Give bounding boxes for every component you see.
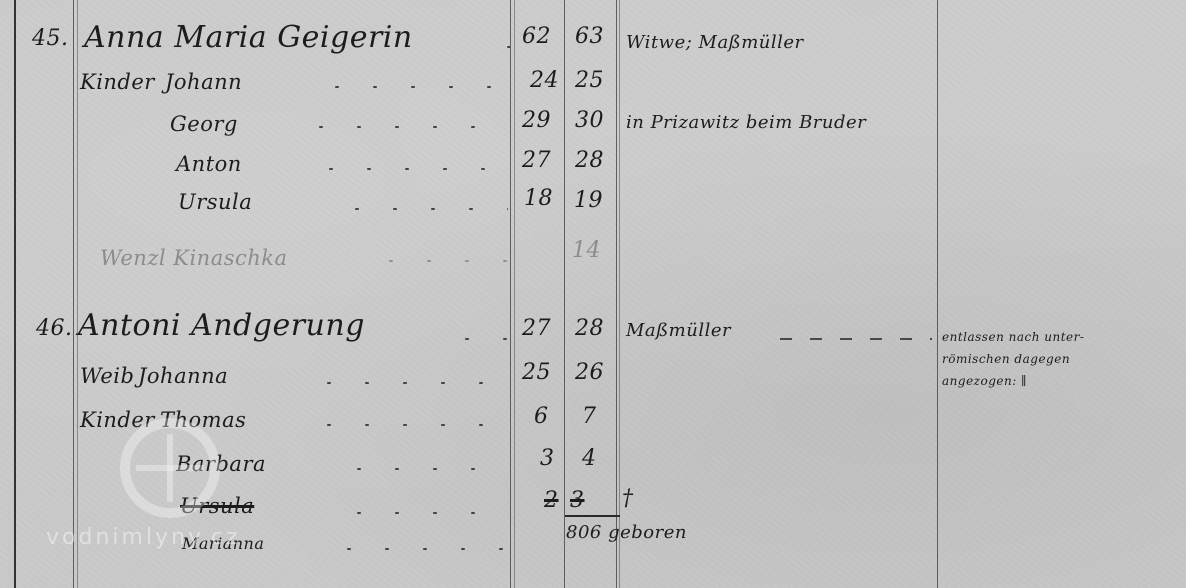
age-b-column-rule — [616, 0, 617, 588]
watermark-text: vodnimlyny.cz — [46, 525, 241, 550]
leader-dots — [490, 44, 510, 50]
member-role: Weib — [80, 364, 134, 388]
leader-dots — [302, 124, 508, 130]
leader-dashes — [780, 338, 932, 340]
number-column-rule-double — [77, 0, 78, 588]
leader-dots — [338, 206, 508, 212]
entry-number: 46. — [36, 316, 73, 341]
watermark-wheel-icon — [120, 418, 220, 518]
age-b: 30 — [575, 108, 604, 133]
age-b: 28 — [575, 148, 604, 173]
age-a: 25 — [522, 360, 551, 385]
age-a: 62 — [522, 24, 551, 49]
deceased-cross-icon: † — [622, 486, 634, 511]
birth-note: 806 geboren — [566, 522, 687, 543]
entry-number: 45. — [32, 26, 69, 51]
leader-dots — [340, 466, 508, 472]
age-b-column-rule-double — [619, 0, 620, 588]
name-column-rule-double — [514, 0, 515, 588]
age-b: 25 — [575, 68, 604, 93]
remarks-note: entlassen nach unter- römischen dagegen … — [942, 326, 1084, 392]
age-a: 27 — [522, 148, 551, 173]
remarks-line: angezogen: ∥ — [942, 370, 1084, 392]
head-name: Anna Maria Geigerin — [84, 20, 413, 55]
register-page: 45. Anna Maria Geigerin 62 63 Witwe; Maß… — [0, 0, 1186, 588]
age-a: 24 — [530, 68, 559, 93]
head-name: Antoni Andgerung — [78, 308, 365, 343]
age-a-struck: 2 — [544, 488, 559, 513]
member-name: Anton — [176, 152, 242, 176]
age-b: 28 — [575, 316, 604, 341]
age-a-column-rule — [564, 0, 565, 588]
occupation-note: Witwe; Maßmüller — [626, 32, 804, 53]
age-a: 27 — [522, 316, 551, 341]
residence-note: in Prizawitz beim Bruder — [626, 112, 866, 133]
remarks-column-rule — [937, 0, 938, 588]
entry-divider — [565, 515, 620, 517]
number-column-rule — [73, 0, 74, 588]
age-a: 6 — [534, 404, 549, 429]
member-name: Ursula — [178, 190, 252, 214]
faded-addition-name: Wenzl Kinaschka — [100, 246, 288, 270]
leader-dots — [330, 546, 508, 552]
age-b: 14 — [572, 238, 601, 263]
occupation-note: Maßmüller — [626, 320, 731, 341]
age-b: 7 — [582, 404, 597, 429]
leader-dots — [340, 510, 508, 516]
leader-dots — [310, 380, 508, 386]
leader-dots — [372, 258, 508, 264]
age-a: 3 — [540, 446, 555, 471]
leader-dots — [318, 84, 508, 90]
age-a: 29 — [522, 108, 551, 133]
remarks-line: römischen dagegen — [942, 348, 1084, 370]
leader-dots — [310, 422, 508, 428]
name-column-rule — [510, 0, 511, 588]
member-role: Kinder — [80, 70, 155, 94]
member-name: Johann — [165, 70, 242, 94]
leader-dots — [312, 166, 508, 172]
age-b-struck: 3 — [570, 488, 585, 513]
member-name: Johanna — [138, 364, 228, 388]
remarks-line: entlassen nach unter- — [942, 326, 1084, 348]
age-b: 4 — [582, 446, 597, 471]
margin-rule — [14, 0, 16, 588]
leader-dots — [448, 336, 508, 342]
age-b: 63 — [575, 24, 604, 49]
member-name: Georg — [170, 112, 238, 136]
age-a: 18 — [524, 186, 553, 211]
age-b: 19 — [574, 188, 603, 213]
age-b: 26 — [575, 360, 604, 385]
